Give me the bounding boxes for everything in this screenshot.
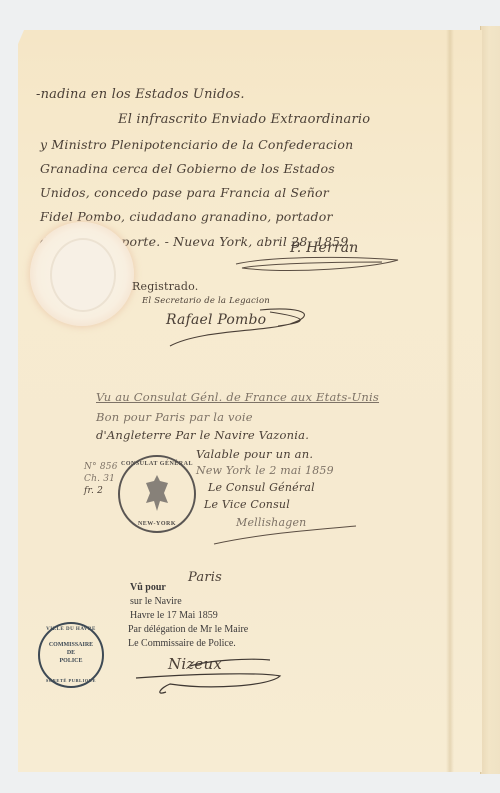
embossed-legation-seal-icon (30, 222, 134, 326)
consulate-line-5: New York le 2 mai 1859 (196, 464, 334, 477)
police-line-1: Vû pour (130, 582, 166, 593)
consulate-line-1: Vu au Consulat Génl. de France aux Etats… (96, 390, 379, 404)
consulate-line-6: Le Consul Général (208, 481, 315, 494)
police-stamp-center-3: POLICE (40, 658, 102, 664)
consulate-line-2: Bon pour Paris par la voie (96, 410, 253, 424)
registration-label: Registrado. (132, 280, 198, 293)
commissaire-flourish-icon (130, 652, 290, 698)
police-stamp-ring-top: VILLE DU HAVRE (40, 627, 102, 632)
police-line-2: sur le Navire (130, 596, 182, 607)
police-stamp-center-2: DE (40, 650, 102, 656)
police-line-5: Le Commissaire de Police. (128, 638, 236, 649)
havre-police-stamp: VILLE DU HAVRE COMMISSAIRE DE POLICE SÛR… (38, 622, 104, 688)
consulate-line-3: d'Angleterre Par le Navire Vazonia. (96, 428, 309, 442)
imperial-eagle-icon (142, 473, 172, 513)
pass-line-3: y Ministro Plenipotenciario de la Confed… (40, 137, 353, 152)
police-stamp-ring-bottom: SÛRETÉ PUBLIQUE (40, 678, 102, 683)
police-line-4: Par délégation de Mr le Maire (128, 624, 248, 635)
police-line-3: Havre le 17 Mai 1859 (130, 610, 218, 621)
destination-handwritten: Paris (188, 570, 222, 585)
margin-note-3: fr. 2 (84, 486, 103, 496)
page-fold (446, 30, 454, 772)
herran-signature-flourish-icon (232, 252, 402, 276)
pombo-signature-flourish-icon (160, 300, 320, 352)
police-stamp-center-1: COMMISSAIRE (40, 642, 102, 648)
margin-note-1: N° 856 (84, 462, 118, 472)
consulate-stamp-ring-top: CONSULAT GÉNÉRAL (120, 461, 194, 467)
pass-line-2: El infrascrito Enviado Extraordinario (118, 112, 370, 127)
consulate-general-stamp: CONSULAT GÉNÉRAL NEW-YORK (118, 455, 196, 533)
consulate-line-4: Valable pour un an. (196, 447, 313, 461)
consulate-stamp-ring-bottom: NEW-YORK (120, 521, 194, 527)
margin-note-2: Ch. 31 (84, 474, 115, 484)
pass-line-5: Unidos, concedo pase para Francia al Señ… (40, 185, 329, 200)
vice-consul-flourish-icon (210, 522, 360, 548)
consulate-line-7: Le Vice Consul (204, 498, 290, 511)
pass-line-4: Granadina cerca del Gobierno de los Esta… (40, 161, 335, 176)
adjacent-page-edge (480, 26, 500, 774)
pass-line-1: -nadina en los Estados Unidos. (36, 87, 245, 102)
